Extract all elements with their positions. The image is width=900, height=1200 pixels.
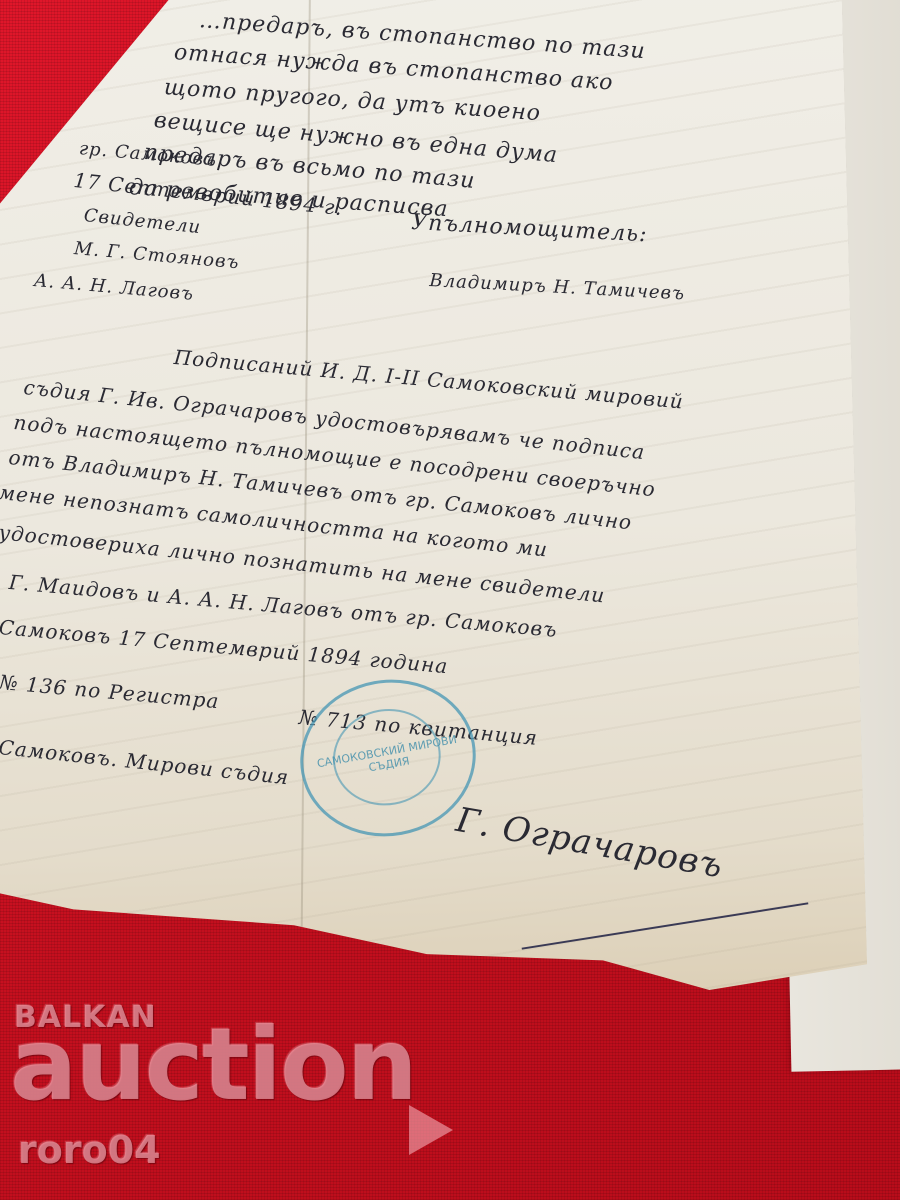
handwritten-line: Упълномощитель:	[411, 210, 648, 247]
handwritten-line: Г. Ограчаровъ	[453, 800, 726, 886]
play-arrow-icon	[409, 1105, 453, 1155]
handwritten-line: Самоковъ. Мирови съдия	[0, 735, 290, 789]
handwritten-text-area: …предаръ, въ стопанство по тазиотнася ну…	[0, 0, 900, 1000]
handwritten-line: А. А. Н. Лаговъ	[33, 270, 195, 305]
handwritten-line: Свидетели	[83, 205, 202, 238]
watermark-username: roro04	[18, 1128, 161, 1172]
stamp-label: САМОКОВСКИЙ МИРОВИ СЪДИЯ	[302, 730, 474, 785]
handwritten-line: М. Г. Стояновъ	[73, 238, 240, 273]
handwritten-line: № 136 по Регистра	[0, 670, 220, 713]
handwritten-line: Владимиръ Н. Тамичевъ	[429, 270, 686, 304]
watermark-brand-main: auction	[10, 1010, 416, 1120]
